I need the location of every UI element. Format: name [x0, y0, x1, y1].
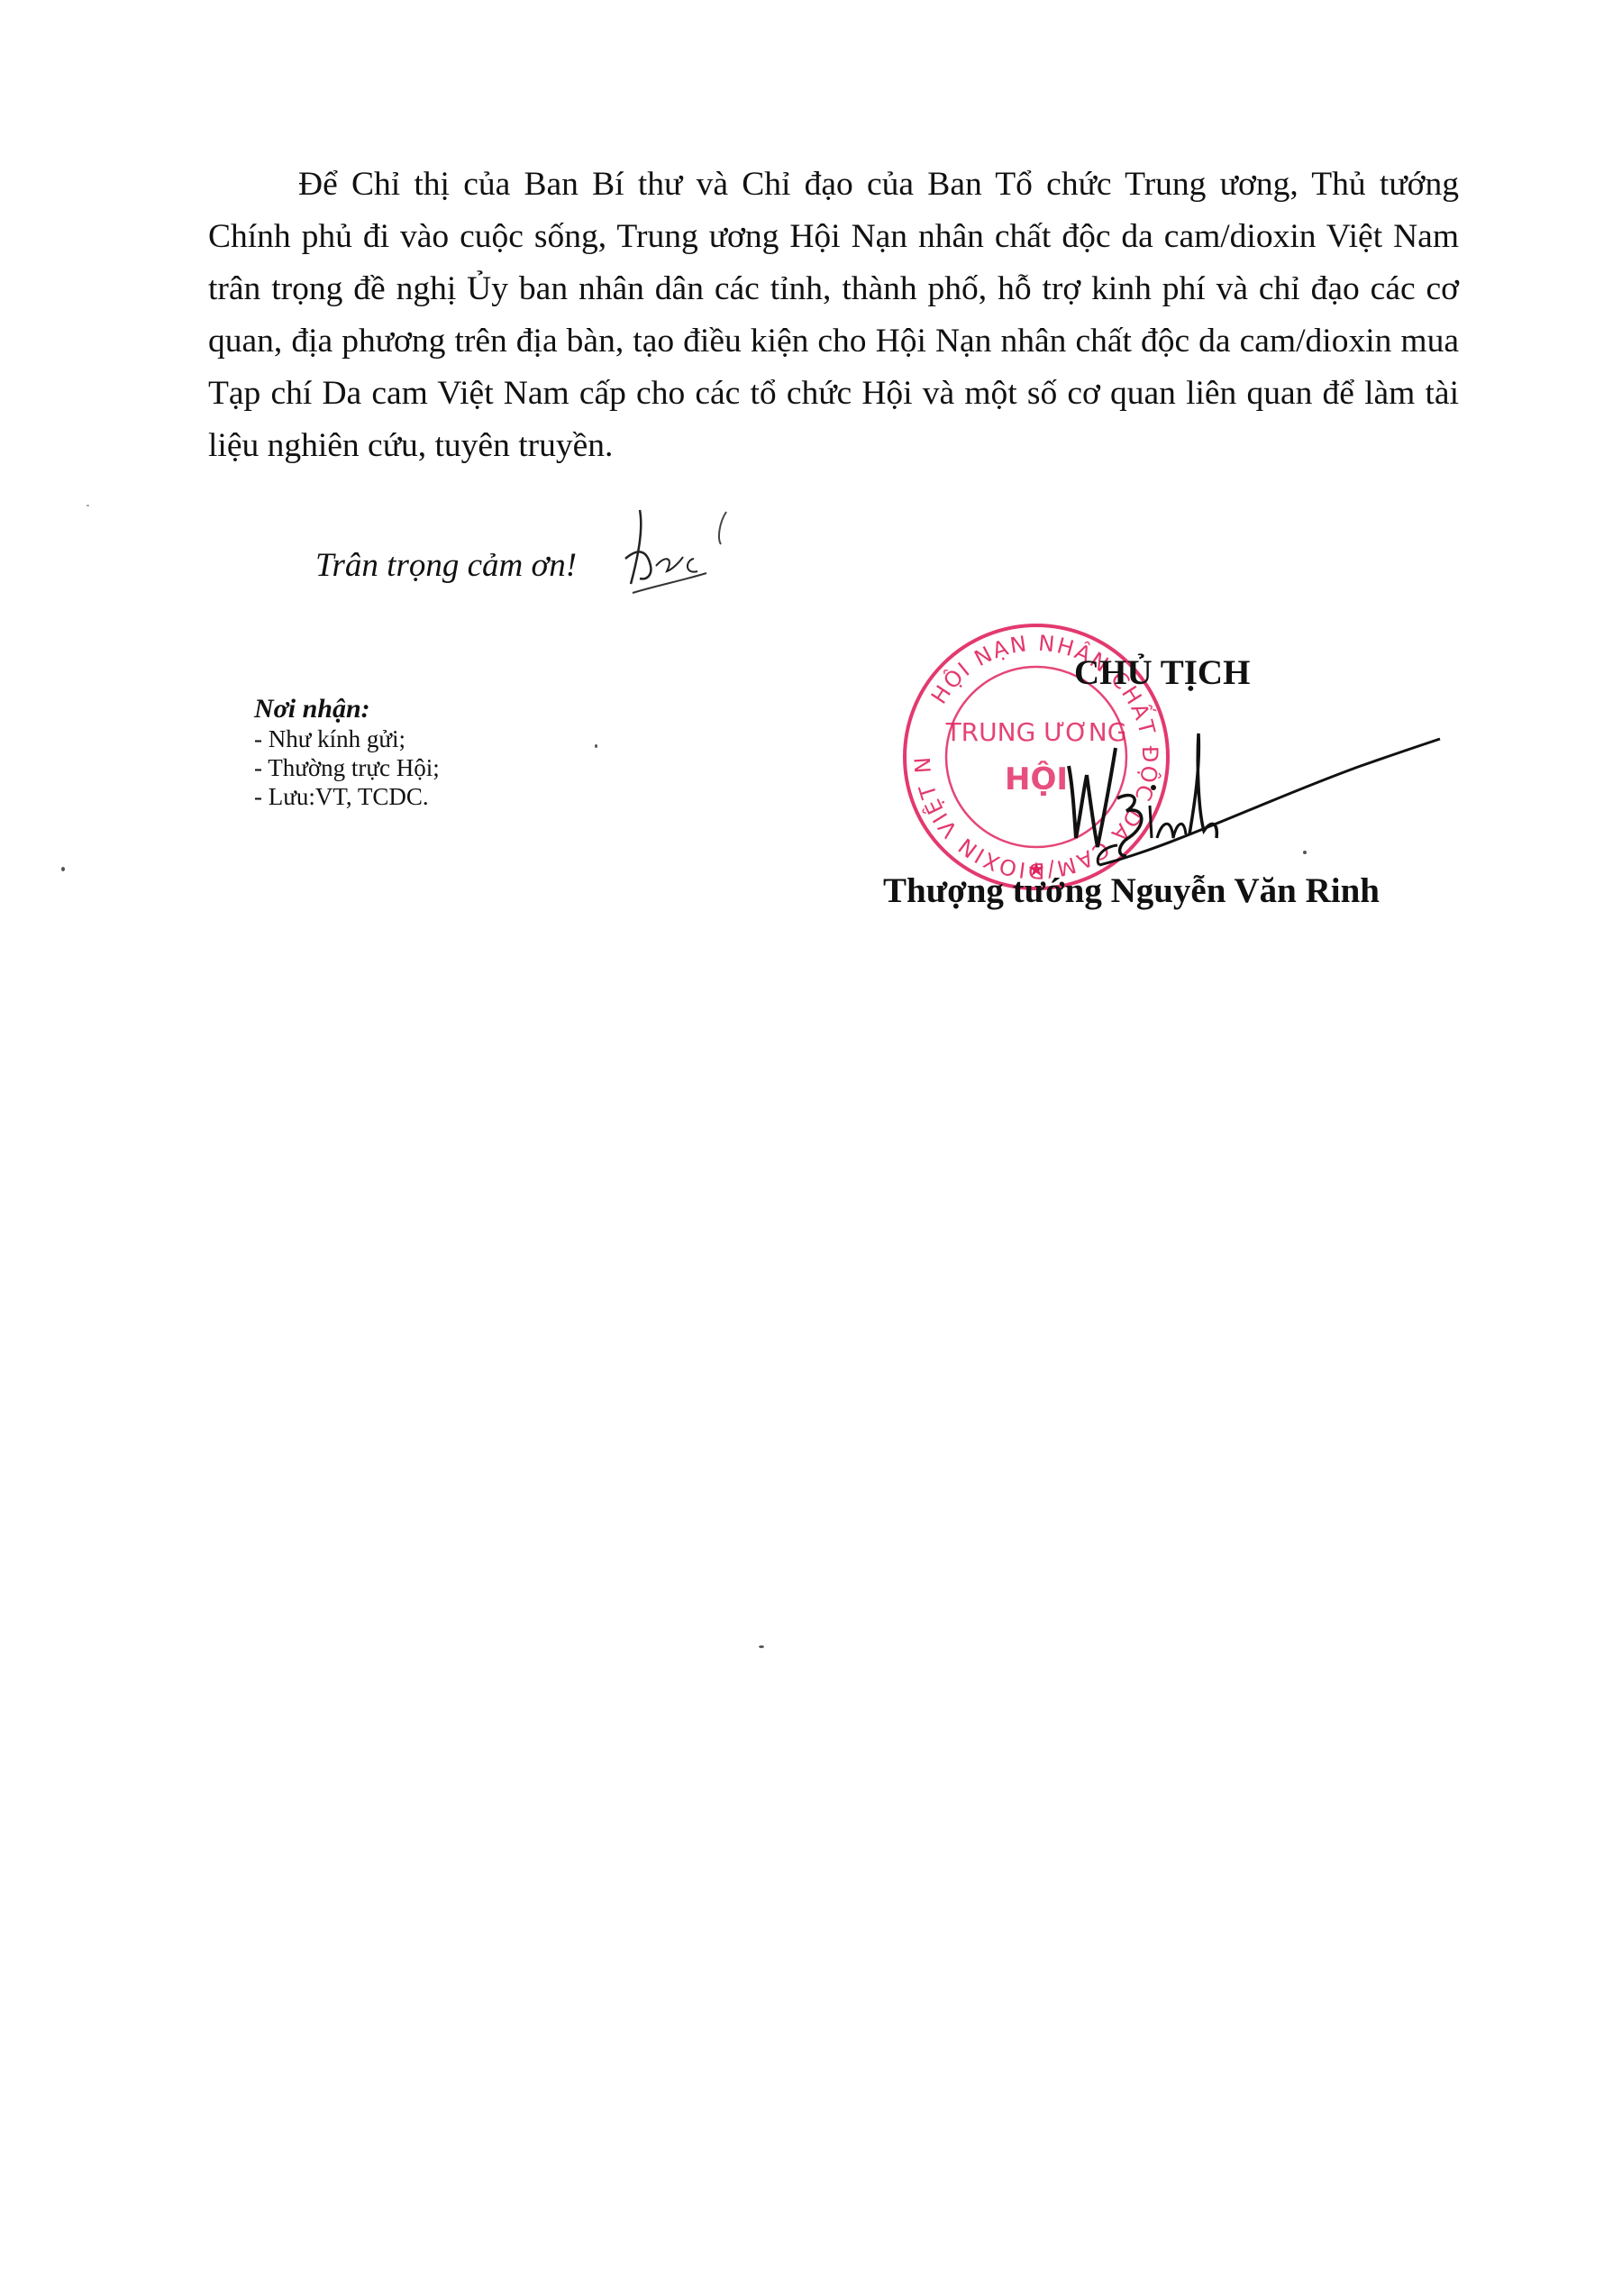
handwritten-initials: [620, 503, 746, 602]
signature-block: HỘI NẠN NHÂN CHẤT ĐỘC DA CAM/DIOXIN VIỆT…: [883, 613, 1460, 937]
scan-speck: [61, 867, 65, 871]
scan-speck: [87, 505, 89, 506]
scan-speck: [1303, 851, 1307, 854]
signer-name: Thượng tướng Nguyễn Văn Rinh: [883, 870, 1380, 911]
recipients-heading: Nơi nhận:: [254, 694, 440, 724]
main-paragraph: Để Chỉ thị của Ban Bí thư và Chỉ đạo của…: [208, 159, 1459, 472]
closing-remark: Trân trọng cảm ơn!: [315, 546, 577, 585]
document-page: Để Chỉ thị của Ban Bí thư và Chỉ đạo của…: [0, 0, 1622, 2296]
recipients-list: - Như kính gửi; - Thường trực Hội; - Lưu…: [254, 724, 440, 811]
scan-speck: [595, 744, 597, 748]
recipient-item: - Như kính gửi;: [254, 724, 440, 753]
scan-speck: [759, 1645, 764, 1648]
stamp-center-line2: HỘI: [1005, 761, 1068, 797]
recipient-item: - Thường trực Hội;: [254, 753, 440, 782]
recipient-item: - Lưu:VT, TCDC.: [254, 782, 440, 811]
handwritten-signature: [1063, 712, 1442, 874]
body-text: Để Chỉ thị của Ban Bí thư và Chỉ đạo của…: [208, 159, 1459, 472]
signer-title: CHỦ TỊCH: [1074, 652, 1250, 693]
recipients-block: Nơi nhận: - Như kính gửi; - Thường trực …: [254, 694, 440, 811]
